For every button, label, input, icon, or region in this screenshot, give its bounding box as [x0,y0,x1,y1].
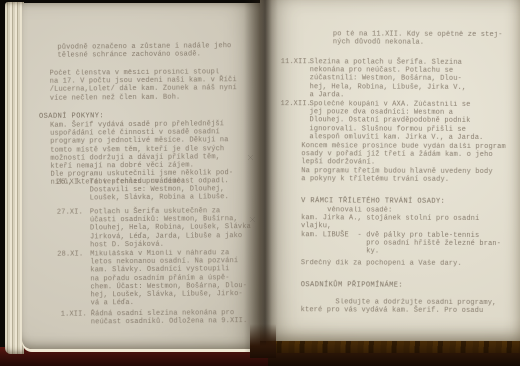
book-cover-bottom-left [0,347,268,366]
entry-text: Potlach u Šerifa uskutečněn za účasti os… [90,207,251,249]
thanks-line: Srdečný dík za pochopení a Vaše dary. [301,259,462,268]
entry-date: 27.XI. [57,208,83,216]
right-page: po té na 11.XII. Kdy se opětně ze stej- … [260,0,520,341]
pencil-mark [248,155,253,160]
entry-text: Společné koupání v AXA. Zúčastnili se je… [309,100,483,142]
entry-date: 28.XI. [57,250,83,258]
left-page: původně označeno a zůstane i nadále jeho… [22,3,260,349]
heading-pripominame: OSADNÍKŮM PŘIPOMÍNÁME: [301,281,403,290]
trvani-paragraph: věnovali osadě: kam. Jirka A., stojánek … [301,206,501,256]
program-paragraph: Koncem měsíce prosince bude vydán další … [301,142,506,184]
entry-text: Table-tennis pro neúčast odpadl. Dostavi… [90,177,229,203]
entry-date: 25.XI. [57,178,83,186]
pripominame-paragraph: Sledujte a dodržujte osadní programy, kt… [301,298,497,315]
entry-text: Slezina a potlach u Šerifa. Slezina neko… [310,58,467,100]
intro-paragraph: původně označeno a zůstane i nadále jeho… [57,42,231,60]
entry-date: 1.XII. [61,310,87,318]
book-photo: původně označeno a zůstane i nadále jeho… [0,0,520,366]
heading-osadni-pokyny: OSADNÍ POKYNY: [39,112,104,121]
pencil-mark [250,217,255,222]
continuation-paragraph: po té na 11.XII. Kdy se opětně ze stej- … [333,30,503,47]
book-cover-bottom-right [268,353,520,366]
entry-date: 11.XII. [281,58,312,66]
entry-date: 12.XII. [281,100,312,108]
left-page-text: původně označeno a zůstane i nadále jeho… [22,1,263,349]
entry-text: Řádná osadní slezina nekonána pro neúčas… [91,309,248,327]
membership-paragraph: Počet členstva v měsíci prosinci stoupl … [50,68,237,102]
right-page-text: po té na 11.XII. Kdy se opětně ze stej- … [259,0,520,342]
entry-text: Mikulášská v Mionli v náhradu za letos n… [90,249,247,308]
heading-trileteho-trvani: V RÁMCI TŘÍLETÉHO TRVÁNÍ OSADY: [301,197,445,206]
gutter-bottom-shadow [250,324,276,358]
